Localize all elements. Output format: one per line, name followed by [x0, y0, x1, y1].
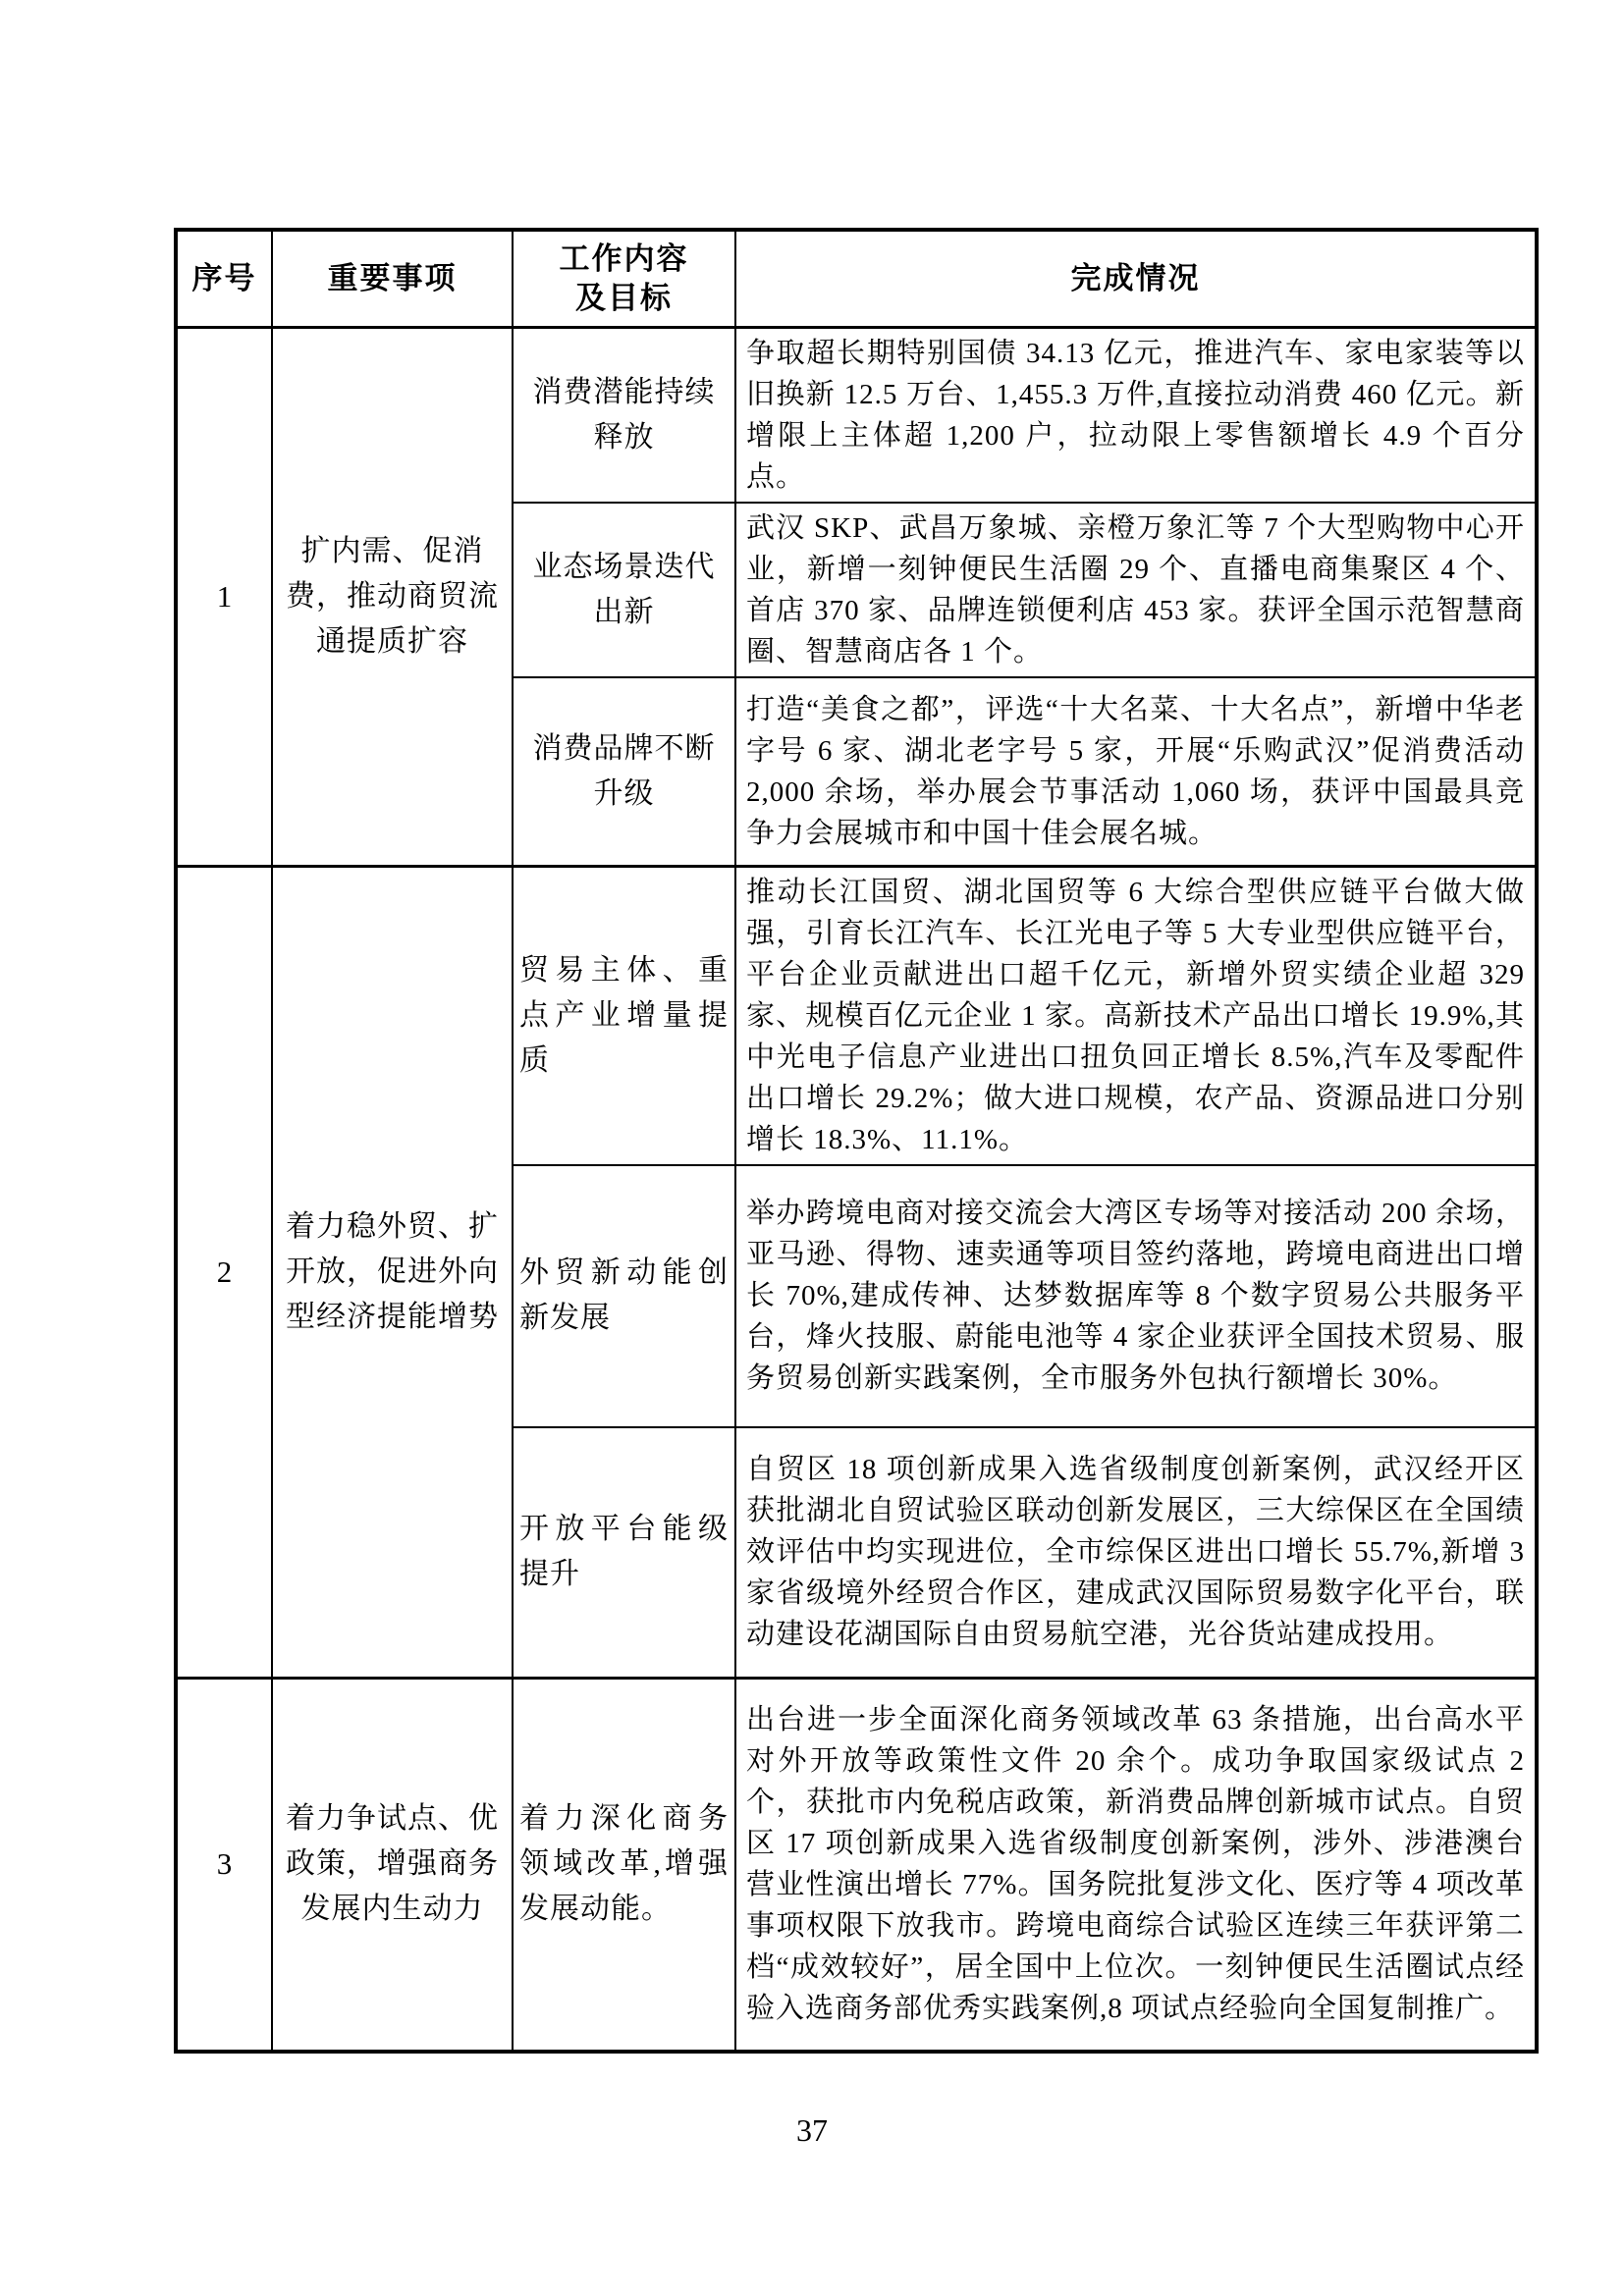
col-header-serial-no: 序号: [176, 230, 272, 328]
work-content-goal-cell: 消费品牌不断升级: [513, 677, 735, 866]
col-header-important-matters: 重要事项: [272, 230, 513, 328]
work-content-goal-cell: 开放平台能级提升: [513, 1427, 735, 1679]
work-report-table: 序号 重要事项 工作内容 及目标 完成情况 1扩内需、促消费，推动商贸流通提质扩…: [174, 228, 1539, 2054]
important-matter-cell: 着力稳外贸、扩开放，促进外向型经济提能增势: [272, 866, 513, 1679]
table-row: 2着力稳外贸、扩开放，促进外向型经济提能增势贸易主体、重点产业增量提质推动长江国…: [176, 866, 1537, 1165]
work-content-goal-cell: 外贸新动能创新发展: [513, 1165, 735, 1427]
page-number: 37: [0, 2112, 1624, 2149]
work-content-goal-cell: 着力深化商务领域改革,增强发展动能。: [513, 1679, 735, 2052]
serial-no-cell: 3: [176, 1679, 272, 2052]
document-page: 序号 重要事项 工作内容 及目标 完成情况 1扩内需、促消费，推动商贸流通提质扩…: [0, 0, 1624, 2296]
col-header-work-content-goals: 工作内容 及目标: [513, 230, 735, 328]
completion-status-cell: 推动长江国贸、湖北国贸等 6 大综合型供应链平台做大做强，引育长江汽车、长江光电…: [735, 866, 1537, 1165]
serial-no-cell: 2: [176, 866, 272, 1679]
completion-status-cell: 争取超长期特别国债 34.13 亿元，推进汽车、家电家装等以旧换新 12.5 万…: [735, 328, 1537, 504]
work-content-goal-cell: 消费潜能持续释放: [513, 328, 735, 504]
serial-no-cell: 1: [176, 328, 272, 867]
completion-status-cell: 打造“美食之都”，评选“十大名菜、十大名点”，新增中华老字号 6 家、湖北老字号…: [735, 677, 1537, 866]
header-row: 序号 重要事项 工作内容 及目标 完成情况: [176, 230, 1537, 328]
col-header-completion-status: 完成情况: [735, 230, 1537, 328]
completion-status-cell: 举办跨境电商对接交流会大湾区专场等对接活动 200 余场，亚马逊、得物、速卖通等…: [735, 1165, 1537, 1427]
table-row: 1扩内需、促消费，推动商贸流通提质扩容消费潜能持续释放争取超长期特别国债 34.…: [176, 328, 1537, 504]
important-matter-cell: 扩内需、促消费，推动商贸流通提质扩容: [272, 328, 513, 867]
completion-status-cell: 出台进一步全面深化商务领域改革 63 条措施，出台高水平对外开放等政策性文件 2…: [735, 1679, 1537, 2052]
important-matter-cell: 着力争试点、优政策，增强商务发展内生动力: [272, 1679, 513, 2052]
completion-status-cell: 自贸区 18 项创新成果入选省级制度创新案例，武汉经开区获批湖北自贸试验区联动创…: [735, 1427, 1537, 1679]
work-content-goal-cell: 业态场景迭代出新: [513, 503, 735, 677]
work-content-goal-cell: 贸易主体、重点产业增量提质: [513, 866, 735, 1165]
table-row: 3着力争试点、优政策，增强商务发展内生动力着力深化商务领域改革,增强发展动能。出…: [176, 1679, 1537, 2052]
completion-status-cell: 武汉 SKP、武昌万象城、亲橙万象汇等 7 个大型购物中心开业，新增一刻钟便民生…: [735, 503, 1537, 677]
